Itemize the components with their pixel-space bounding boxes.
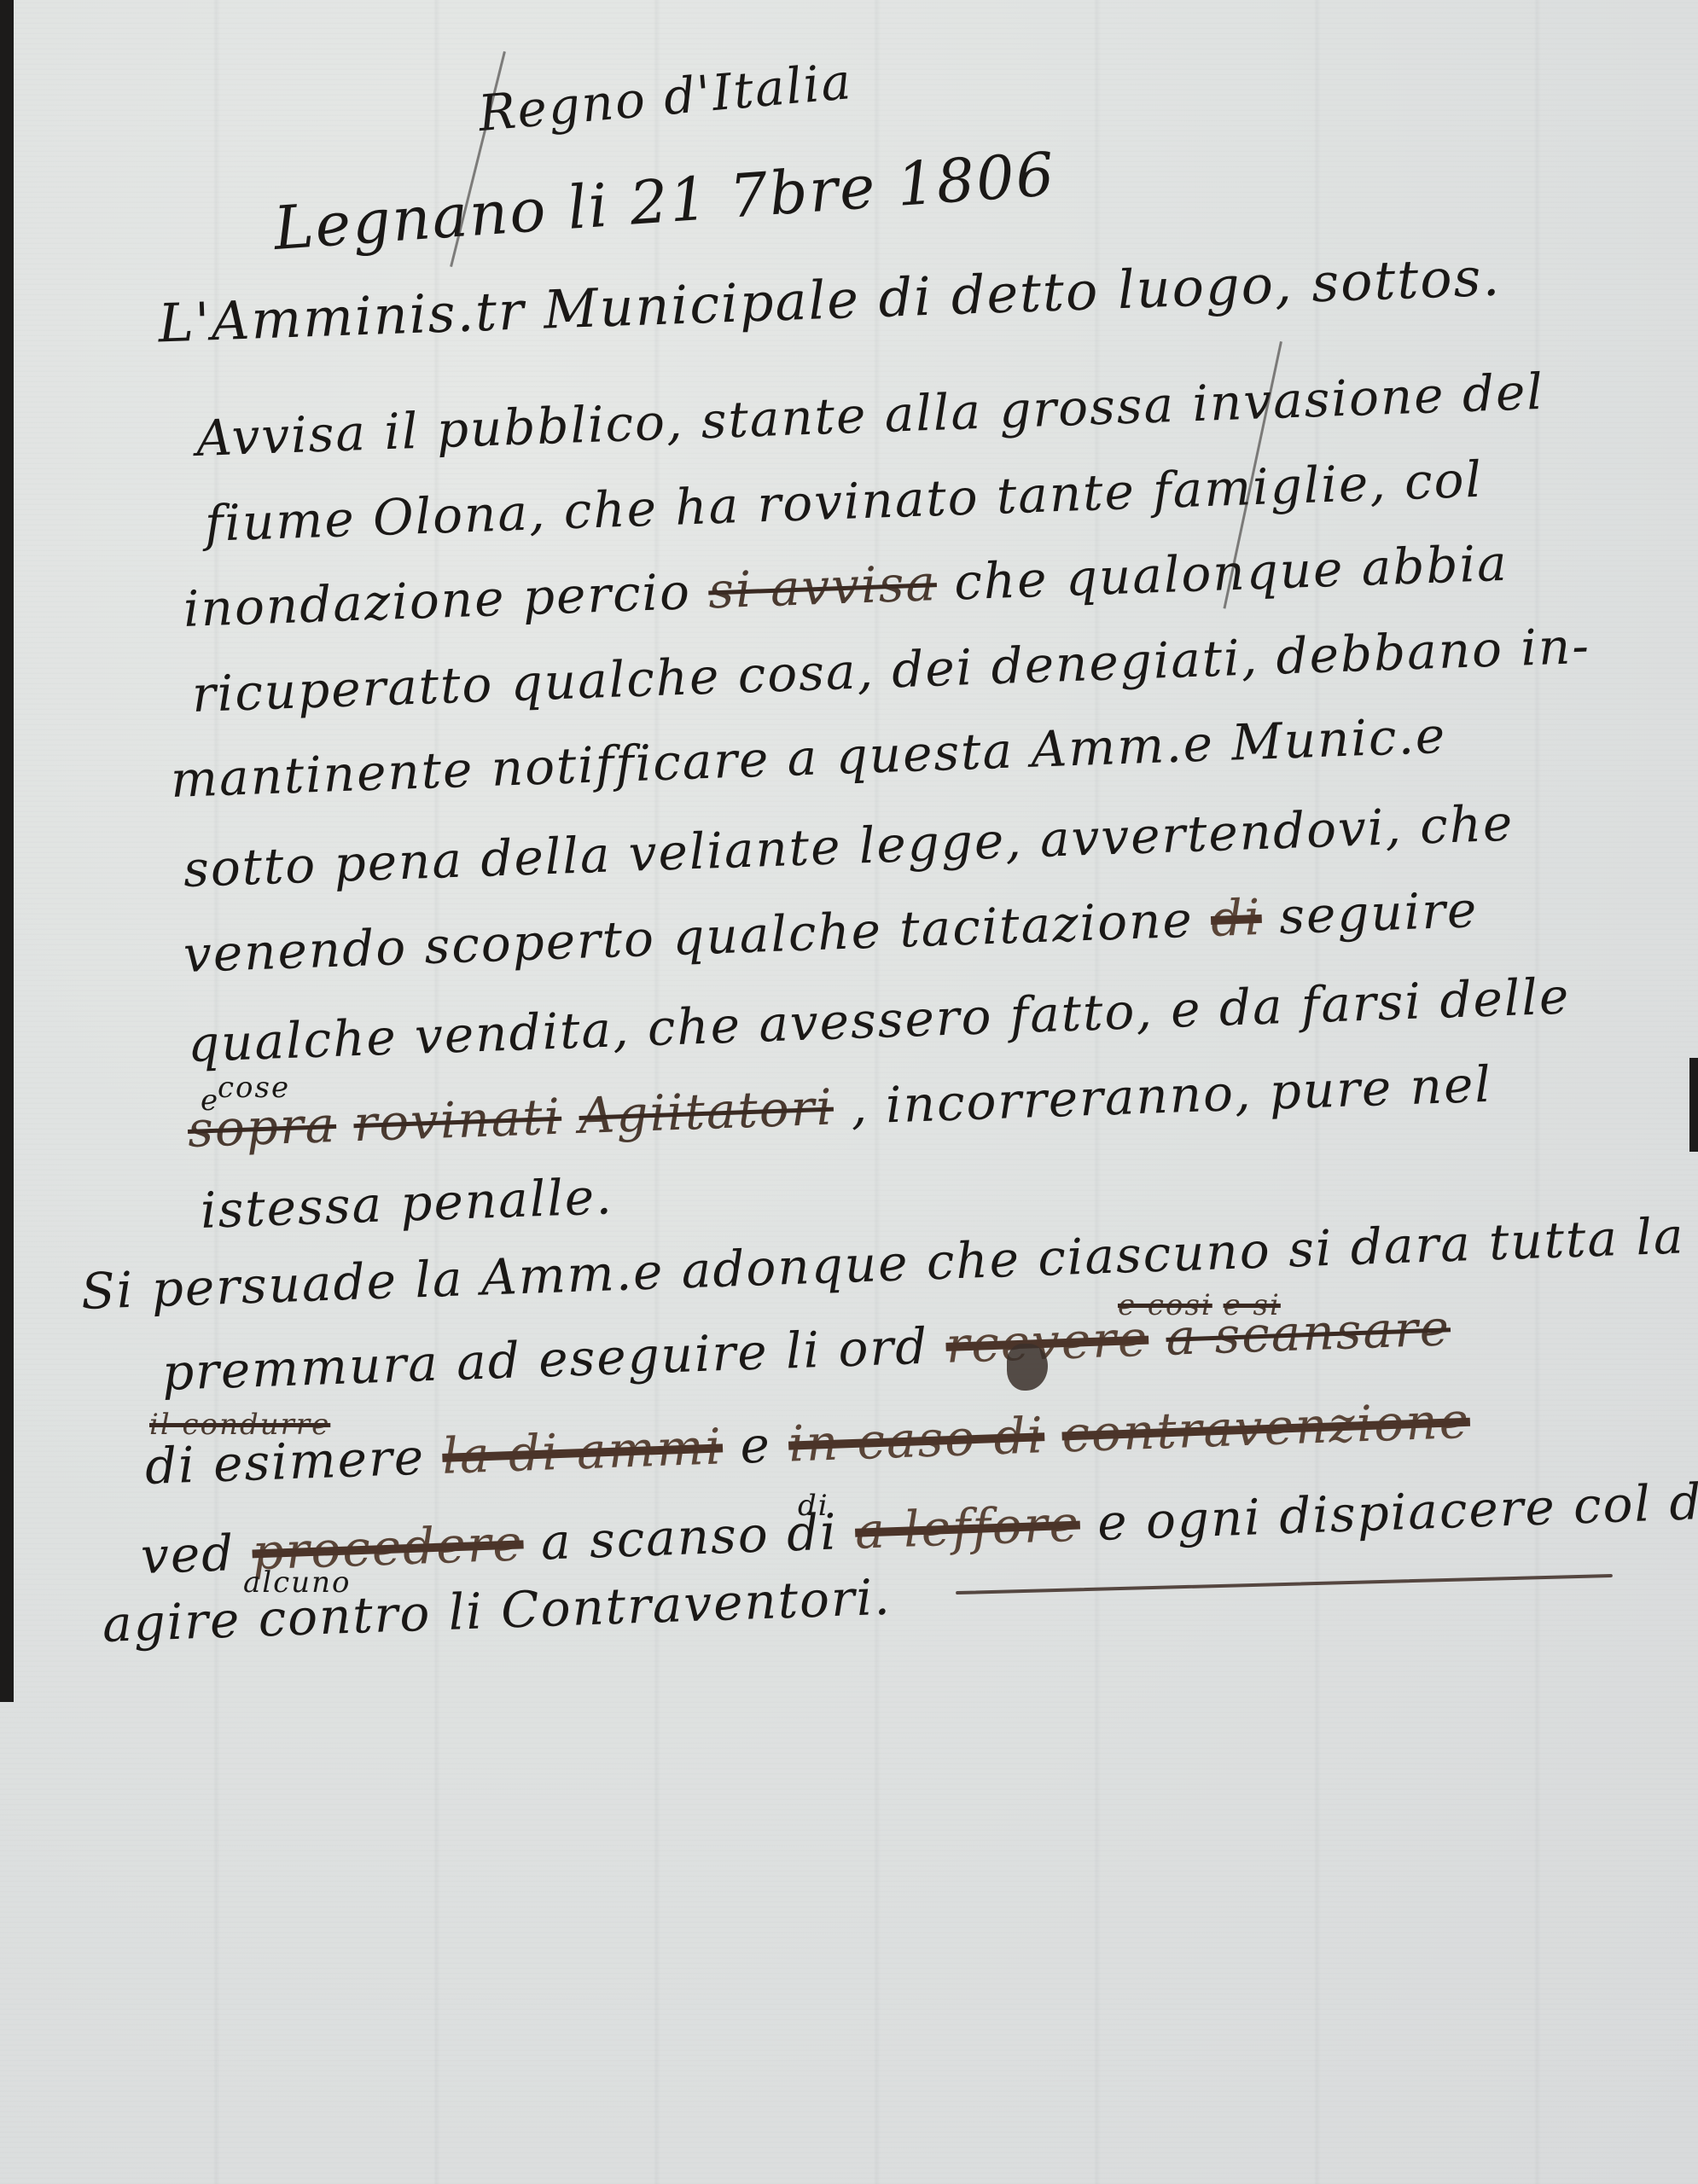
- struck-word: sopra: [187, 1095, 337, 1159]
- struck-word: Agiitatori: [578, 1078, 834, 1145]
- closing-line-4-text: ved: [140, 1524, 236, 1585]
- struck-word: in caso di: [788, 1406, 1045, 1472]
- struck-word: la di ammi: [441, 1417, 724, 1484]
- interlinear-mark: e: [739, 1415, 772, 1474]
- struck-word: a leffore: [854, 1495, 1081, 1560]
- struck-word: rovinati: [352, 1088, 562, 1153]
- scan-edge-right: [1689, 1058, 1698, 1152]
- body-line-7-tail: seguire: [1278, 880, 1479, 945]
- struck-word: si avvisa: [707, 554, 938, 619]
- closing-line-4-mid: a scanso di: [540, 1503, 839, 1571]
- scan-edge-left: [0, 0, 14, 1702]
- closing-line-3-text: di esimere: [144, 1428, 426, 1496]
- interlinear-struck: e cosi e si: [1118, 1288, 1281, 1322]
- struck-word: di: [1210, 888, 1263, 948]
